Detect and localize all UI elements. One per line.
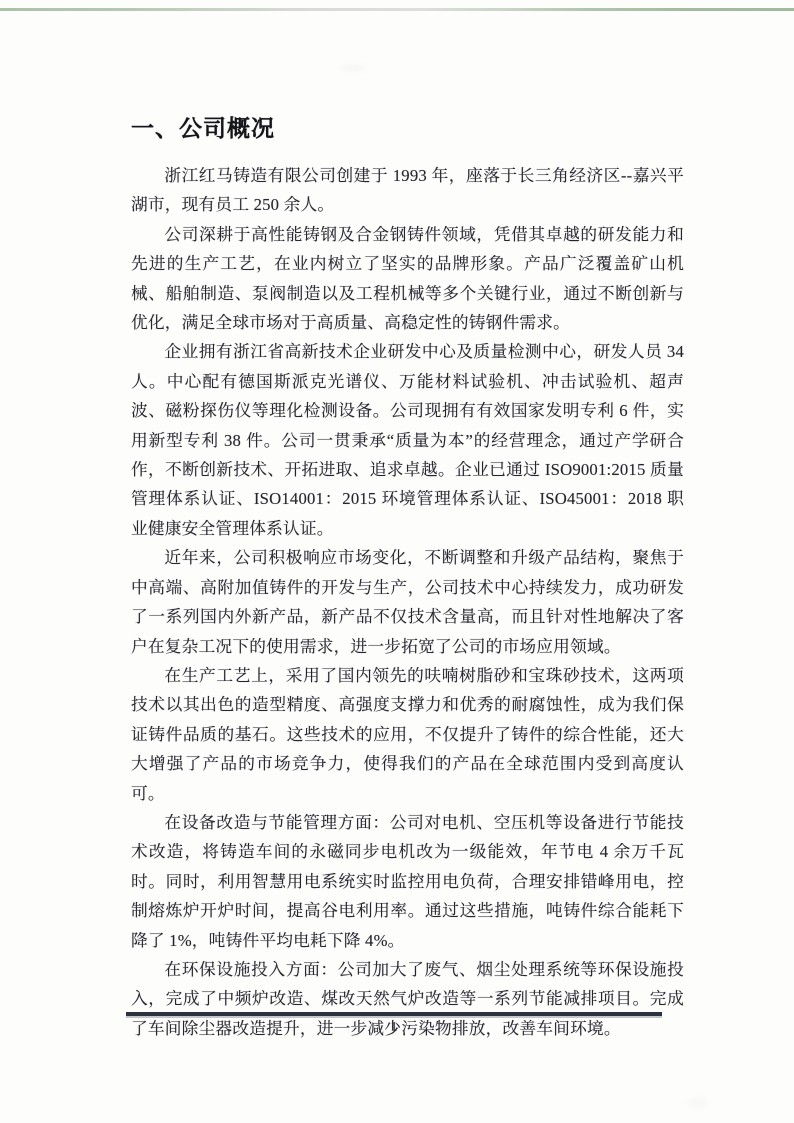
paragraph: 企业拥有浙江省高新技术企业研发中心及质量检测中心，研发人员 34 人。中心配有德… — [131, 337, 684, 543]
page-number: 1 — [126, 1020, 662, 1036]
scan-smudge — [340, 64, 366, 72]
document-body: 一、公司概况 浙江红马铸造有限公司创建于 1993 年，座落于长三角经济区--嘉… — [131, 110, 684, 1043]
paragraph: 公司深耕于高性能铸钢及合金钢铸件领域，凭借其卓越的研发能力和先进的生产工艺，在业… — [131, 220, 684, 338]
section-title: 一、公司概况 — [131, 110, 684, 143]
paragraph: 在生产工艺上，采用了国内领先的呋喃树脂砂和宝珠砂技术，这两项技术以其出色的造型精… — [131, 661, 684, 808]
footer-rule — [126, 1012, 662, 1016]
paragraph-block: 浙江红马铸造有限公司创建于 1993 年，座落于长三角经济区--嘉兴平湖市，现有… — [131, 161, 684, 1043]
paragraph: 近年来，公司积极响应市场变化，不断调整和升级产品结构，聚焦于中高端、高附加值铸件… — [131, 543, 684, 661]
paragraph: 在设备改造与节能管理方面：公司对电机、空压机等设备进行节能技术改造，将铸造车间的… — [131, 808, 684, 955]
scan-edge-line — [0, 8, 794, 11]
scan-smudge — [688, 1098, 708, 1108]
scanned-document-page: 一、公司概况 浙江红马铸造有限公司创建于 1993 年，座落于长三角经济区--嘉… — [0, 0, 794, 1123]
paragraph: 浙江红马铸造有限公司创建于 1993 年，座落于长三角经济区--嘉兴平湖市，现有… — [131, 161, 684, 220]
